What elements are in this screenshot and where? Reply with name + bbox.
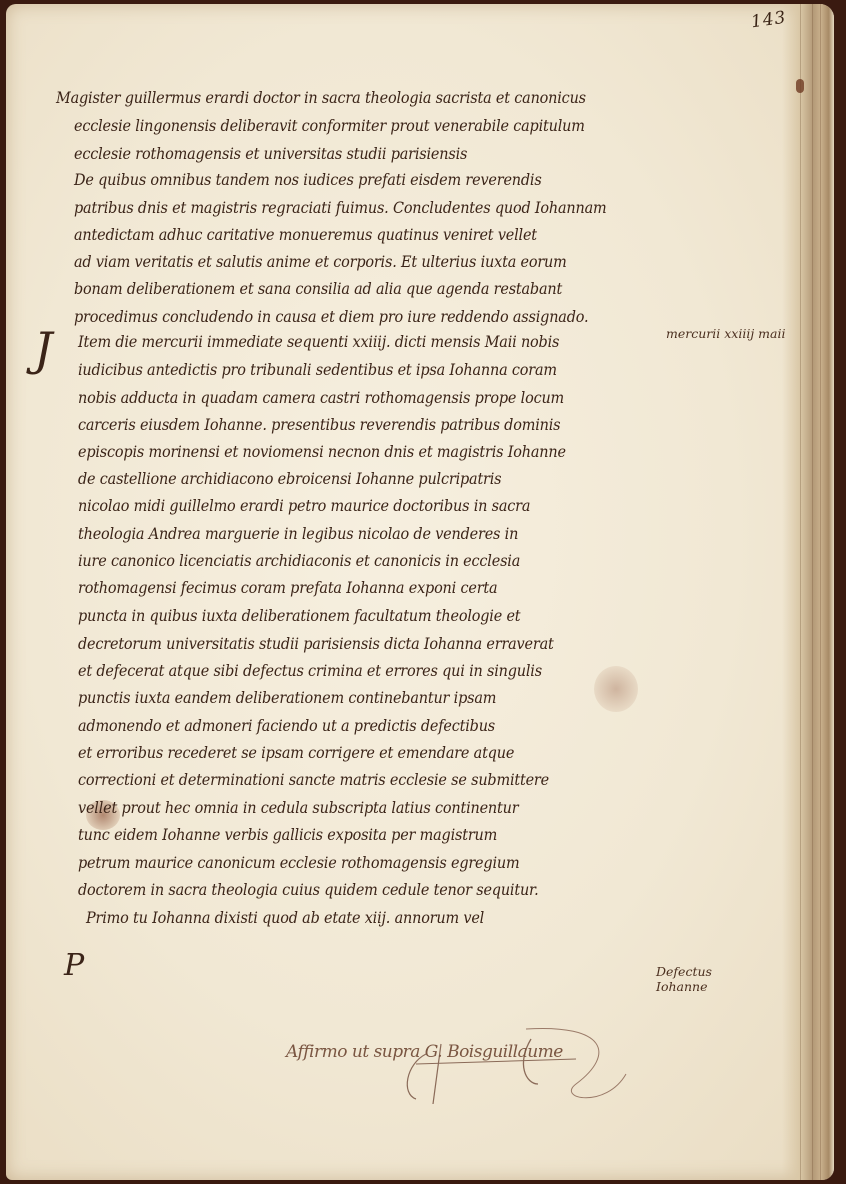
page-fore-edge	[782, 4, 834, 1180]
text-line: patribus dnis et magistris regraciati fu…	[74, 199, 607, 217]
margin-note-line: Defectus	[656, 964, 712, 979]
text-line: iure canonico licenciatis archidiaconis …	[78, 552, 520, 570]
margin-note-defectus: Defectus Iohanne	[656, 964, 712, 994]
text-line: nicolao midi guillelmo erardi petro maur…	[78, 497, 530, 515]
initial-P: P	[64, 948, 84, 983]
stain-spot	[594, 666, 638, 712]
text-line: ecclesie lingonensis deliberavit conform…	[74, 117, 585, 135]
text-line: antedictam adhuc caritative monueremus q…	[74, 226, 537, 244]
manuscript-page: 143 J P Magister guillermus erardi docto…	[6, 4, 834, 1180]
text-line: et erroribus recederet se ipsam corriger…	[78, 744, 514, 762]
text-line: ecclesie rothomagensis et universitas st…	[74, 145, 467, 163]
text-line: De quibus omnibus tandem nos iudices pre…	[74, 171, 542, 189]
text-line: de castellione archidiacono ebroicensi I…	[78, 470, 501, 488]
text-line: episcopis morinensi et noviomensi necnon…	[78, 443, 566, 461]
text-line: rothomagensi fecimus coram prefata Iohan…	[78, 579, 497, 597]
text-line: Primo tu Iohanna dixisti quod ab etate x…	[86, 909, 484, 927]
ink-stain	[796, 79, 804, 93]
text-line: punctis iuxta eandem deliberationem cont…	[78, 689, 496, 707]
margin-note-line: Iohanne	[656, 979, 712, 994]
text-line: petrum maurice canonicum ecclesie rothom…	[78, 854, 519, 872]
text-line: et defecerat atque sibi defectus crimina…	[78, 662, 542, 680]
initial-I: J	[34, 322, 52, 376]
text-line: Item die mercurii immediate sequenti xxi…	[78, 333, 559, 351]
text-line: correctioni et determinationi sancte mat…	[78, 771, 549, 789]
text-line: tunc eidem Iohanne verbis gallicis expos…	[78, 826, 497, 844]
margin-note-date: mercurii xxiiij maii	[666, 326, 785, 341]
text-line: puncta in quibus iuxta deliberationem fa…	[78, 607, 520, 625]
text-line: procedimus concludendo in causa et diem …	[74, 308, 588, 326]
text-line: iudicibus antedictis pro tribunali seden…	[78, 361, 557, 379]
text-line: ad viam veritatis et salutis anime et co…	[74, 253, 567, 271]
text-line: doctorem in sacra theologia cuius quidem…	[78, 881, 539, 899]
text-line: vellet prout hec omnia in cedula subscri…	[78, 799, 518, 817]
signature-flourish-icon	[276, 1024, 636, 1104]
text-line: theologia Andrea marguerie in legibus ni…	[78, 525, 518, 543]
text-line: carceris eiusdem Iohanne. presentibus re…	[78, 416, 560, 434]
signature-text: Affirmo ut supra G. Boisguillaume	[286, 1042, 563, 1062]
notary-signature: Affirmo ut supra G. Boisguillaume	[276, 1024, 636, 1104]
text-line: bonam deliberationem et sana consilia ad…	[74, 280, 562, 298]
text-line: admonendo et admoneri faciendo ut a pred…	[78, 717, 495, 735]
text-line: decretorum universitatis studii parisien…	[78, 635, 554, 653]
text-line: nobis adducta in quadam camera castri ro…	[78, 389, 564, 407]
text-line: Magister guillermus erardi doctor in sac…	[56, 89, 586, 107]
